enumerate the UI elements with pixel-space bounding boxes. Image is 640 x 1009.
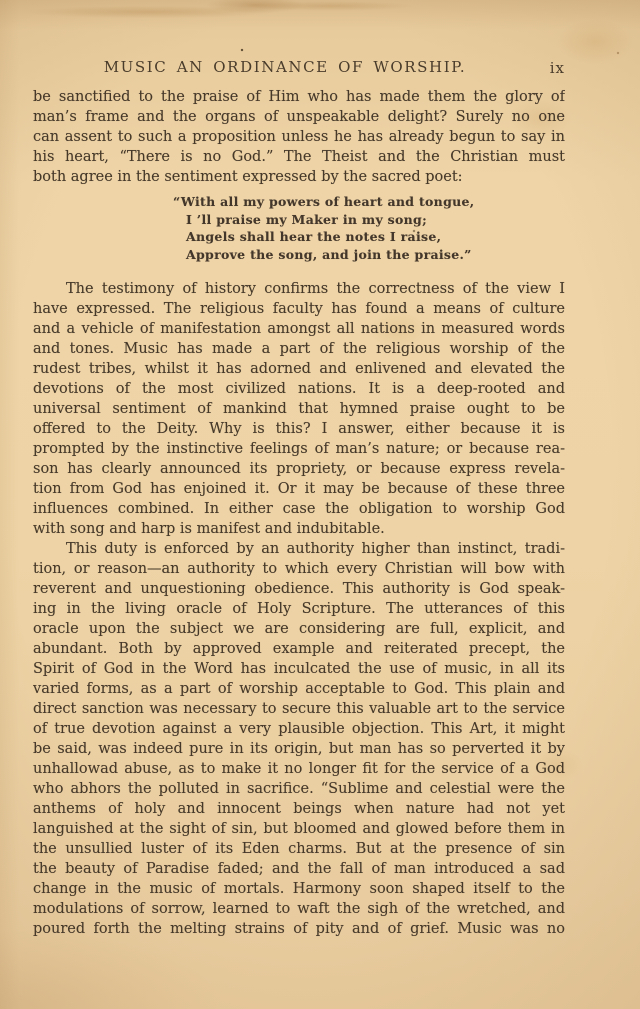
- text-line: ing in the living oracle of Holy Scriptu…: [33, 599, 565, 619]
- text-line: Approve the song, and join the praise.”: [173, 246, 565, 264]
- text-line: direct sanction was necessary to secure …: [33, 699, 565, 719]
- text-line: modulations of sorrow, learned to waft t…: [33, 899, 565, 919]
- text-line: prompted by the instinctive feelings of …: [33, 439, 565, 459]
- text-line: This duty is enforced by an authority hi…: [33, 539, 565, 559]
- text-line: be said, was indeed pure in its origin, …: [33, 739, 565, 759]
- text-line: son has clearly announced its propriety,…: [33, 459, 565, 479]
- text-line: poured forth the melting strains of pity…: [33, 919, 565, 939]
- text-line: reverent and unquestioning obedience. Th…: [33, 579, 565, 599]
- text-line: oracle upon the subject we are consideri…: [33, 619, 565, 639]
- verse-block: “With all my powers of heart and tongue,…: [173, 193, 565, 263]
- page-number: ix: [550, 59, 565, 77]
- text-line: devotions of the most civilized nations.…: [33, 379, 565, 399]
- text-line: change in the music of mortals. Harmony …: [33, 879, 565, 899]
- paragraph-block: This duty is enforced by an authority hi…: [33, 539, 565, 939]
- text-column: be sanctified to the praise of Him who h…: [33, 87, 565, 939]
- text-line: with song and harp is manifest and indub…: [33, 519, 565, 539]
- text-line: man’s frame and the organs of unspeakabl…: [33, 107, 565, 127]
- text-line: of true devotion against a very plausibl…: [33, 719, 565, 739]
- text-line: his heart, “There is no God.” The Theist…: [33, 147, 565, 167]
- text-line: tion, or reason—an authority to which ev…: [33, 559, 565, 579]
- text-line: the beauty of Paradise faded; and the fa…: [33, 859, 565, 879]
- scanned-book-page: MUSIC AN ORDINANCE OF WORSHIP. ix be san…: [0, 0, 640, 1009]
- text-line: rudest tribes, whilst it has adorned and…: [33, 359, 565, 379]
- text-line: be sanctified to the praise of Him who h…: [33, 87, 565, 107]
- text-line: who abhors the polluted in sacrifice. “S…: [33, 779, 565, 799]
- text-line: The testimony of history confirms the co…: [33, 279, 565, 299]
- paragraph-block: be sanctified to the praise of Him who h…: [33, 87, 565, 187]
- running-title: MUSIC AN ORDINANCE OF WORSHIP.: [19, 58, 551, 76]
- text-line: Spirit of God in the Word has inculcated…: [33, 659, 565, 679]
- paragraph-block: The testimony of history confirms the co…: [33, 279, 565, 539]
- text-line: both agree in the sentiment expressed by…: [33, 167, 565, 187]
- text-line: can assent to such a proposition unless …: [33, 127, 565, 147]
- text-line: and a vehicle of manifestation amongst a…: [33, 319, 565, 339]
- text-line: I ’ll praise my Maker in my song;: [173, 211, 565, 229]
- text-line: universal sentiment of mankind that hymn…: [33, 399, 565, 419]
- text-line: have expressed. The religious faculty ha…: [33, 299, 565, 319]
- text-line: “With all my powers of heart and tongue,: [173, 193, 565, 211]
- text-line: tion from God has enjoined it. Or it may…: [33, 479, 565, 499]
- text-line: anthems of holy and innocent beings when…: [33, 799, 565, 819]
- text-line: varied forms, as a part of worship accep…: [33, 679, 565, 699]
- text-line: offered to the Deity. Why is this? I ans…: [33, 419, 565, 439]
- text-line: unhallowad abuse, as to make it no longe…: [33, 759, 565, 779]
- running-head: MUSIC AN ORDINANCE OF WORSHIP. ix: [33, 58, 565, 78]
- text-line: influences combined. In either case the …: [33, 499, 565, 519]
- text-line: abundant. Both by approved example and r…: [33, 639, 565, 659]
- text-line: Angels shall hear the notes I raise,: [173, 228, 565, 246]
- text-line: the unsullied luster of its Eden charms.…: [33, 839, 565, 859]
- text-line: and tones. Music has made a part of the …: [33, 339, 565, 359]
- text-line: languished at the sight of sin, but bloo…: [33, 819, 565, 839]
